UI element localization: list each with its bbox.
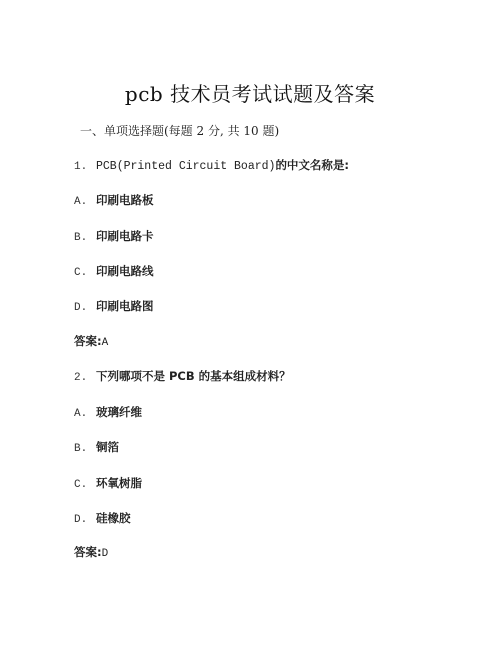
answer-value: A [102,337,109,349]
option-2c: C.环氧树脂 [74,476,142,492]
option-1d: D.印刷电路图 [74,299,154,315]
option-2b: B.铜箔 [74,440,119,456]
answer-1: 答案:A [74,334,108,350]
question-2: 2.下列哪项不是 PCB 的基本组成材料？ [74,369,291,385]
option-text: 硅橡胶 [96,511,131,525]
option-label: D. [74,513,96,527]
document-title: pcb 技术员考试试题及答案 [0,78,500,107]
option-text: 印刷电路板 [96,193,154,207]
document-page: pcb 技术员考试试题及答案 一、单项选择题(每题 2 分, 共 10 题) 1… [0,0,500,647]
option-label: B. [74,442,96,456]
section-heading: 一、单项选择题(每题 2 分, 共 10 题) [80,124,279,138]
option-text: 环氧树脂 [96,476,142,490]
option-label: A. [74,195,96,209]
question-text: 的中文名称是: [275,158,349,172]
option-label: A. [74,407,96,421]
question-text-latin: PCB(Printed Circuit Board) [96,160,275,173]
option-text: 玻璃纤维 [96,405,142,419]
option-1a: A.印刷电路板 [74,193,154,209]
question-text: 下列哪项不是 PCB 的基本组成材料？ [96,369,291,383]
option-2a: A.玻璃纤维 [74,405,142,421]
option-label: B. [74,231,96,245]
option-text: 印刷电路图 [96,299,154,313]
option-label: C. [74,266,96,280]
option-text: 印刷电路线 [96,264,154,278]
answer-label: 答案: [74,545,102,559]
option-label: D. [74,301,96,315]
question-1: 1.PCB(Printed Circuit Board)的中文名称是: [74,158,349,174]
answer-2: 答案:D [74,545,108,561]
option-text: 铜箔 [96,440,119,454]
question-number: 2. [74,371,96,385]
option-1b: B.印刷电路卡 [74,229,154,245]
option-1c: C.印刷电路线 [74,264,154,280]
question-number: 1. [74,160,96,174]
answer-value: D [102,548,109,560]
option-text: 印刷电路卡 [96,229,154,243]
option-label: C. [74,478,96,492]
answer-label: 答案: [74,334,102,348]
option-2d: D.硅橡胶 [74,511,131,527]
